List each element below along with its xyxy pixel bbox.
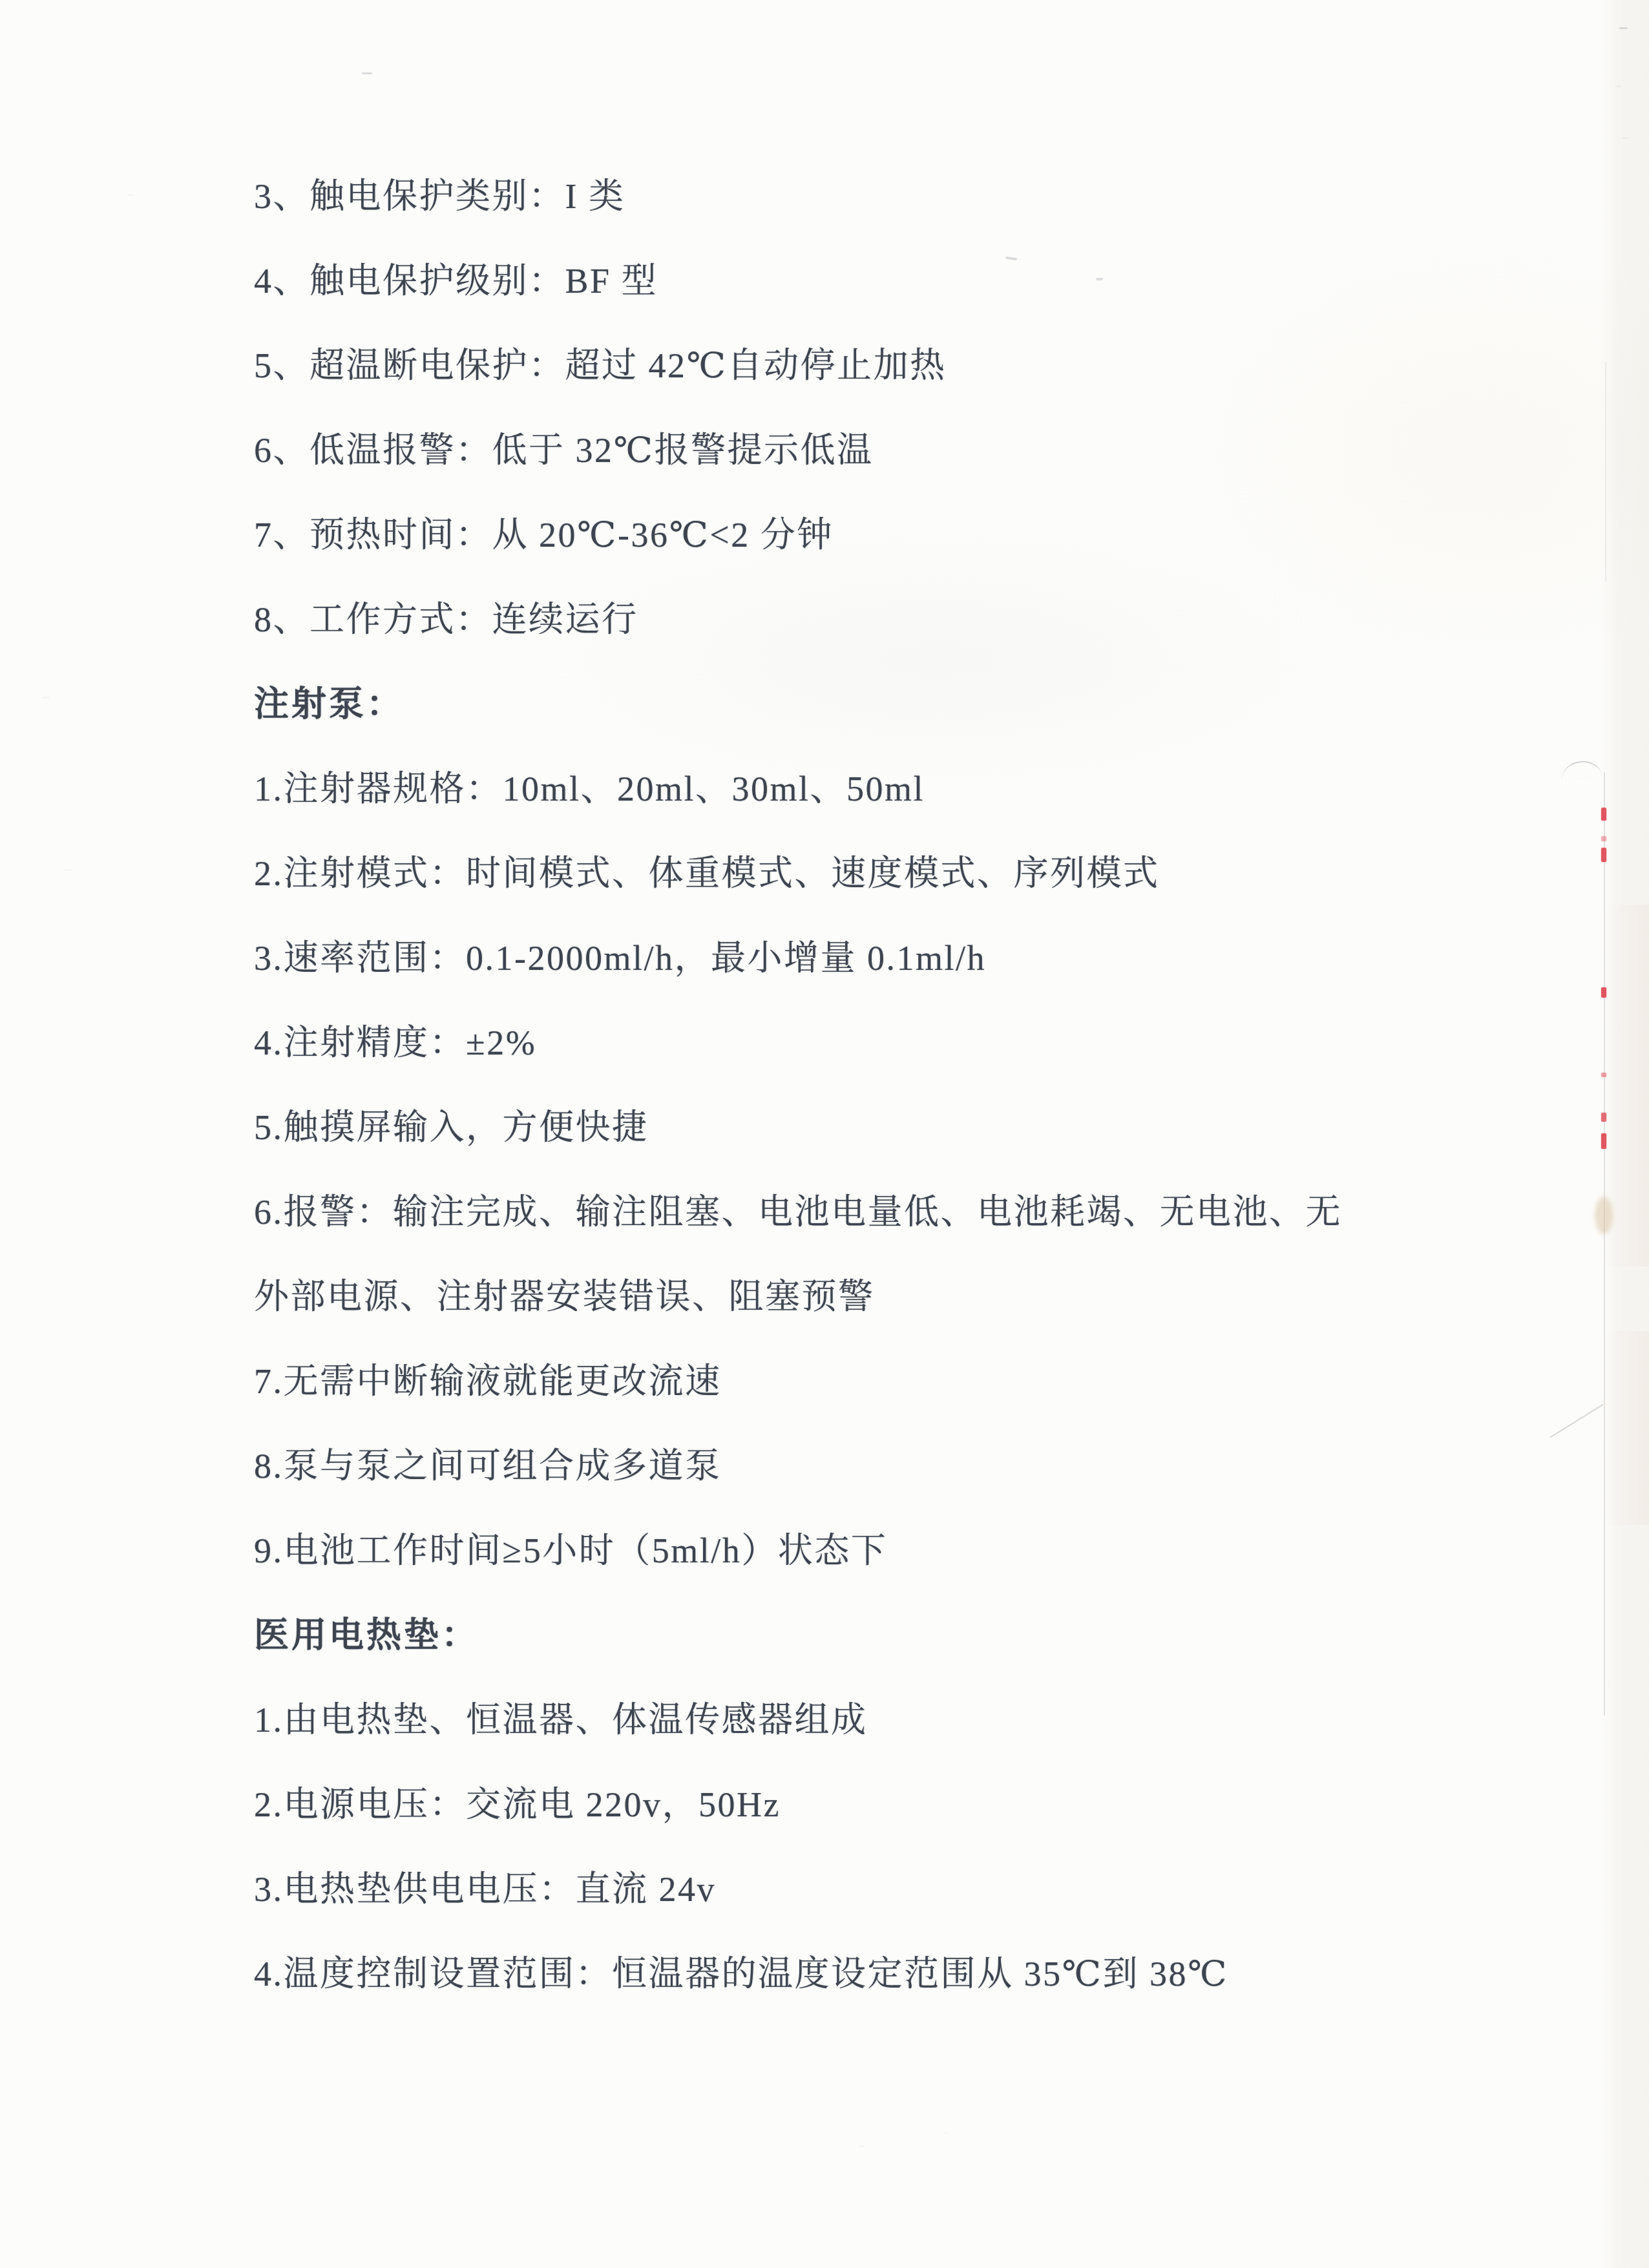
spec-line: 7.无需中断输液就能更改流速 xyxy=(254,1336,1411,1421)
spec-line: 4.温度控制设置范围：恒温器的温度设定范围从 35℃到 38℃ xyxy=(254,1929,1411,2013)
spec-line: 5.触摸屏输入，方便快捷 xyxy=(254,1082,1411,1167)
scan-speck xyxy=(1096,278,1103,280)
scan-speck xyxy=(1615,85,1621,87)
scan-speck xyxy=(63,869,72,871)
red-scan-mark xyxy=(1601,1073,1606,1077)
spec-line: 8、工作方式：连续运行 xyxy=(254,574,1411,659)
scan-diagonal-mark xyxy=(1550,1404,1603,1438)
section-heading-injection-pump: 注射泵： xyxy=(254,659,1411,744)
scan-speck xyxy=(1622,137,1629,139)
scanned-document-page: 3、触电保护类别：I 类 4、触电保护级别：BF 型 5、超温断电保护：超过 4… xyxy=(0,0,1649,2268)
scan-smudge-tan xyxy=(1595,1197,1613,1234)
scan-crease-line-upper xyxy=(1605,362,1606,582)
spec-line: 7、预热时间：从 20℃-36℃<2 分钟 xyxy=(254,490,1411,574)
spec-line: 1.注射器规格：10ml、20ml、30ml、50ml xyxy=(254,744,1411,828)
red-scan-mark xyxy=(1601,848,1606,862)
spec-line: 2.电源电压：交流电 220v，50Hz xyxy=(254,1759,1411,1844)
scan-speck xyxy=(859,2145,864,2147)
spec-line: 1.由电热垫、恒温器、体温传感器组成 xyxy=(254,1675,1411,1759)
scan-speck xyxy=(1619,27,1628,29)
spec-text-block: 3、触电保护类别：I 类 4、触电保护级别：BF 型 5、超温断电保护：超过 4… xyxy=(254,151,1411,2013)
spec-line: 4、触电保护级别：BF 型 xyxy=(254,236,1411,320)
spec-line: 3.电热垫供电电压：直流 24v xyxy=(254,1844,1411,1929)
scan-curve-mark xyxy=(1560,759,1602,780)
scan-speck xyxy=(362,72,372,74)
scan-speck xyxy=(43,697,50,698)
spec-line: 3、触电保护类别：I 类 xyxy=(254,151,1411,236)
spec-line: 8.泵与泵之间可组合成多道泵 xyxy=(254,1421,1411,1506)
spec-line: 2.注射模式：时间模式、体重模式、速度模式、序列模式 xyxy=(254,828,1411,913)
spec-line: 9.电池工作时间≥5小时（5ml/h）状态下 xyxy=(254,1506,1411,1590)
spec-line-continuation: 外部电源、注射器安装错误、阻塞预警 xyxy=(254,1252,1411,1336)
scan-speck xyxy=(128,194,134,196)
spec-line: 6.报警：输注完成、输注阻塞、电池电量低、电池耗竭、无电池、无 xyxy=(254,1167,1411,1252)
section-heading-heating-pad: 医用电热垫： xyxy=(254,1590,1411,1675)
scan-speck xyxy=(943,2132,948,2134)
red-scan-mark xyxy=(1601,987,1606,998)
red-scan-mark xyxy=(1601,1113,1606,1122)
spec-line: 3.速率范围：0.1-2000ml/h，最小增量 0.1ml/h xyxy=(254,913,1411,998)
scan-edge-pink-blotch xyxy=(1604,1331,1649,1525)
scan-crease-line xyxy=(1604,772,1605,1716)
red-scan-mark xyxy=(1601,1133,1606,1149)
spec-line: 5、超温断电保护：超过 42℃自动停止加热 xyxy=(254,320,1411,405)
red-scan-mark xyxy=(1601,808,1606,821)
spec-line: 4.注射精度：±2% xyxy=(254,998,1411,1082)
spec-line: 6、低温报警：低于 32℃报警提示低温 xyxy=(254,405,1411,490)
red-scan-mark xyxy=(1601,836,1606,841)
